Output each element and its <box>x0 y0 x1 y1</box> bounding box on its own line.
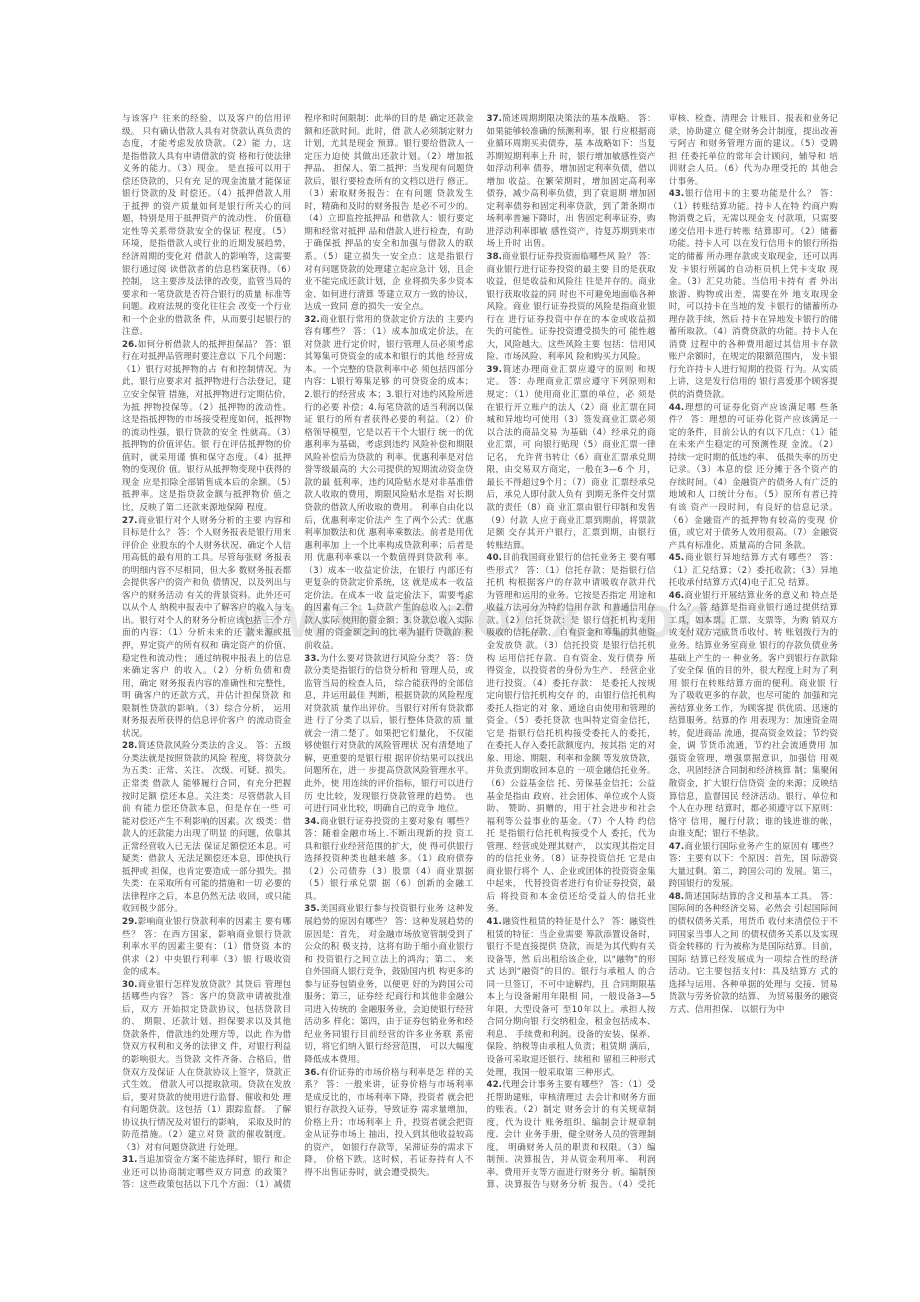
qa-paragraph: 28.简述贷款风险分类法的含义。 答：五级分类法就是按照贷款的风险 程度，将贷款… <box>122 740 291 916</box>
qa-paragraph: 43.银行信用卡的主要功能是什么？ 答：（1）转账结算功能。持卡人在特 约商户购… <box>669 188 838 401</box>
question-number: 26. <box>122 340 138 350</box>
question-number: 47. <box>669 842 685 852</box>
question-number: 28. <box>122 741 138 751</box>
question-answer-text: 简述办理商业汇票应遵守的原则 和规定。 答：办理商业汇票应遵守下列原则和 规定：… <box>487 365 656 551</box>
question-answer-text: 如何分析借款人的抵押担保品？ 答：银行在对抵押品管理时要注意以 下几个问题：（1… <box>122 340 291 513</box>
question-number: 33. <box>304 654 320 664</box>
question-answer-text: 银行信用卡的主要功能是什么？ 答：（1）转账结算功能。持卡人在特 约商户购物消费… <box>669 189 838 400</box>
question-answer-text: 商业银行常用的贷款定价方法的 主要内容有哪些？ 答：（1）成本加成定价法，在对贷… <box>304 315 473 651</box>
question-answer-text: 美国商业银行参与投资银行业务 这种发展趋势的原因有哪些？ 答：这种发展趋势的原因… <box>304 904 473 1065</box>
qa-paragraph: 与该客户 往来的经验，以及客户的信用评级。 只有确认借款人具有对贷款认真负责的态… <box>122 113 291 339</box>
qa-paragraph: 46.商业银行开展结算业务的意义和 特点是什么？ 答 结算是指商业银行通过提供结… <box>669 590 838 841</box>
question-number: 44. <box>669 403 685 413</box>
question-number: 45. <box>669 553 685 563</box>
qa-paragraph: 48.简述国际结算的含义和基本工具。 答：国际间的各种经济交易，必然会 引起国际… <box>669 891 838 1016</box>
question-answer-text: 商业银行怎样发放贷款？其贷后 管理包括哪些内容？ 答：客户的贷款申请被批准后，双… <box>122 980 291 1153</box>
qa-paragraph: 37.简述周期期限决策法的基本战略。 答：如果能够较准确的预测利率，银 行应根据… <box>487 113 656 251</box>
question-answer-text: 简述国际结算的含义和基本工具。 答：国际间的各种经济交易，必然会 引起国际间的债… <box>669 892 838 1015</box>
question-number: 29. <box>122 917 138 927</box>
question-number: 41. <box>487 917 503 927</box>
question-answer-text: 有价证券的市场价格与利率是怎 样的关系？ 答：一般来讲，证券价格与市场利率 是成… <box>304 1068 473 1178</box>
qa-paragraph: 34.商业银行证券投资的主要对象有 哪些？ 答：随着金融市场上.不断出现新的投 … <box>304 816 473 904</box>
question-number: 40. <box>487 553 503 563</box>
question-answer-text: 简述周期期限决策法的基本战略。 答：如果能够较准确的预测利率，银 行应根据商业循… <box>487 114 656 249</box>
qa-paragraph: 44.理想的可证券化资产应该满足哪 些条件？ 答：理想的可证券化资产应该满足一 … <box>669 402 838 553</box>
qa-paragraph: 30.商业银行怎样发放贷款？其贷后 管理包括哪些内容？ 答：客户的贷款申请被批准… <box>122 979 291 1155</box>
question-answer-text: 商业银行证券投资的主要对象有 哪些？ 答：随着金融市场上.不断出现新的投 资工具… <box>304 817 473 902</box>
qa-paragraph: 38.商业银行证券投资面临哪些风 险？ 答：商业银行进行证券投资的最主要 目的是… <box>487 251 656 364</box>
question-answer-text: 商业银行国际业务产生的原因有 哪些？ 答：主要有以下：个原因：首先，国 际游资大… <box>669 842 838 890</box>
question-answer-text: 商业银行对个人财务分析的主要 内容和目标是什么？ 答：个人财务报表是银行用来评价… <box>122 516 291 739</box>
question-number: 34. <box>304 817 320 827</box>
qa-paragraph: 26.如何分析借款人的抵押担保品？ 答：银行在对抵押品管理时要注意以 下几个问题… <box>122 339 291 515</box>
qa-paragraph: 41.融资性租赁的特征是什么？ 答：融资性租赁的特征：当企业需要 筹款添置设备时… <box>487 916 656 1079</box>
qa-paragraph: 33.为什么要对贷款进行风险分类？ 答：贷款分类是指银行的信贷分析和 管理人员，… <box>304 653 473 816</box>
qa-paragraph: 45.商业银行异地结算方式有哪些？ 答：（1）汇兑结算；（2）委托收款；（3）异… <box>669 552 838 590</box>
scanned-notes-page: www.bdocx.com 与该客户 往来的经验，以及客户的信用评级。 只有确认… <box>0 0 920 1302</box>
question-answer-text: 商业银行异地结算方式有哪些？ 答：（1）汇兑结算；（2）委托收款；（3）异地托收… <box>669 553 838 588</box>
question-number: 43. <box>669 189 685 199</box>
question-answer-text: 商业银行证券投资面临哪些风 险？ 答：商业银行进行证券投资的最主要 目的是获取收… <box>487 252 656 362</box>
qa-paragraph: 47.商业银行国际业务产生的原因有 哪些？ 答：主要有以下：个原因：首先，国 际… <box>669 841 838 891</box>
question-answer-text: 与该客户 往来的经验，以及客户的信用评级。 只有确认借款人具有对贷款认真负责的态… <box>122 114 291 337</box>
qa-paragraph: 35.美国商业银行参与投资银行业务 这种发展趋势的原因有哪些？ 答：这种发展趋势… <box>304 903 473 1066</box>
qa-paragraph: 32.商业银行常用的贷款定价方法的 主要内容有哪些？ 答：（1）成本加成定价法，… <box>304 314 473 653</box>
question-number: 38. <box>487 252 503 262</box>
question-number: 46. <box>669 591 685 601</box>
question-answer-text: 影响商业银行贷款利率的因素主 要有哪些？ 答：在西方国家，影响商业银行贷款 利率… <box>122 917 291 977</box>
qa-paragraph: 27.商业银行对个人财务分析的主要 内容和目标是什么？ 答：个人财务报表是银行用… <box>122 515 291 741</box>
question-answer-text: 为什么要对贷款进行风险分类？ 答：贷款分类是指银行的信贷分析和 管理人员，或监管… <box>304 654 473 815</box>
question-number: 36. <box>304 1068 320 1078</box>
question-number: 30. <box>122 980 138 990</box>
question-number: 27. <box>122 516 138 526</box>
qa-paragraph: 39.简述办理商业汇票应遵守的原则 和规定。 答：办理商业汇票应遵守下列原则和 … <box>487 364 656 552</box>
qa-paragraph: 29.影响商业银行贷款利率的因素主 要有哪些？ 答：在西方国家，影响商业银行贷款… <box>122 916 291 979</box>
question-number: 31. <box>122 1155 138 1165</box>
question-answer-text: 商业银行开展结算业务的意义和 特点是什么？ 答 结算是指商业银行通过提供结算 工… <box>669 591 838 839</box>
question-number: 48. <box>669 892 685 902</box>
question-number: 35. <box>304 904 320 914</box>
question-answer-text: 理想的可证券化资产应该满足哪 些条件？ 答：理想的可证券化资产应该满足一 定的条… <box>669 403 838 551</box>
question-number: 39. <box>487 365 503 375</box>
qa-paragraph: 40.目前我国商业银行的信托业务主 要有哪些形式？ 答：（1）信托存款：是指银行… <box>487 552 656 916</box>
document-text-columns: 与该客户 往来的经验，以及客户的信用评级。 只有确认借款人具有对贷款认真负责的态… <box>122 113 838 1197</box>
qa-paragraph: 36.有价证券的市场价格与利率是怎 样的关系？ 答：一般来讲，证券价格与市场利率… <box>304 1067 473 1180</box>
question-answer-text: 目前我国商业银行的信托业务主 要有哪些形式？ 答：（1）信托存款：是指银行信托机… <box>487 553 656 914</box>
question-number: 32. <box>304 315 320 325</box>
question-number: 37. <box>487 114 503 124</box>
question-number: 42. <box>487 1080 503 1090</box>
question-answer-text: 简述贷款风险分类法的含义。 答：五级分类法就是按照贷款的风险 程度，将贷款分为五… <box>122 741 291 914</box>
question-answer-text: 融资性租赁的特征是什么？ 答：融资性租赁的特征：当企业需要 筹款添置设备时，银行… <box>487 917 656 1078</box>
